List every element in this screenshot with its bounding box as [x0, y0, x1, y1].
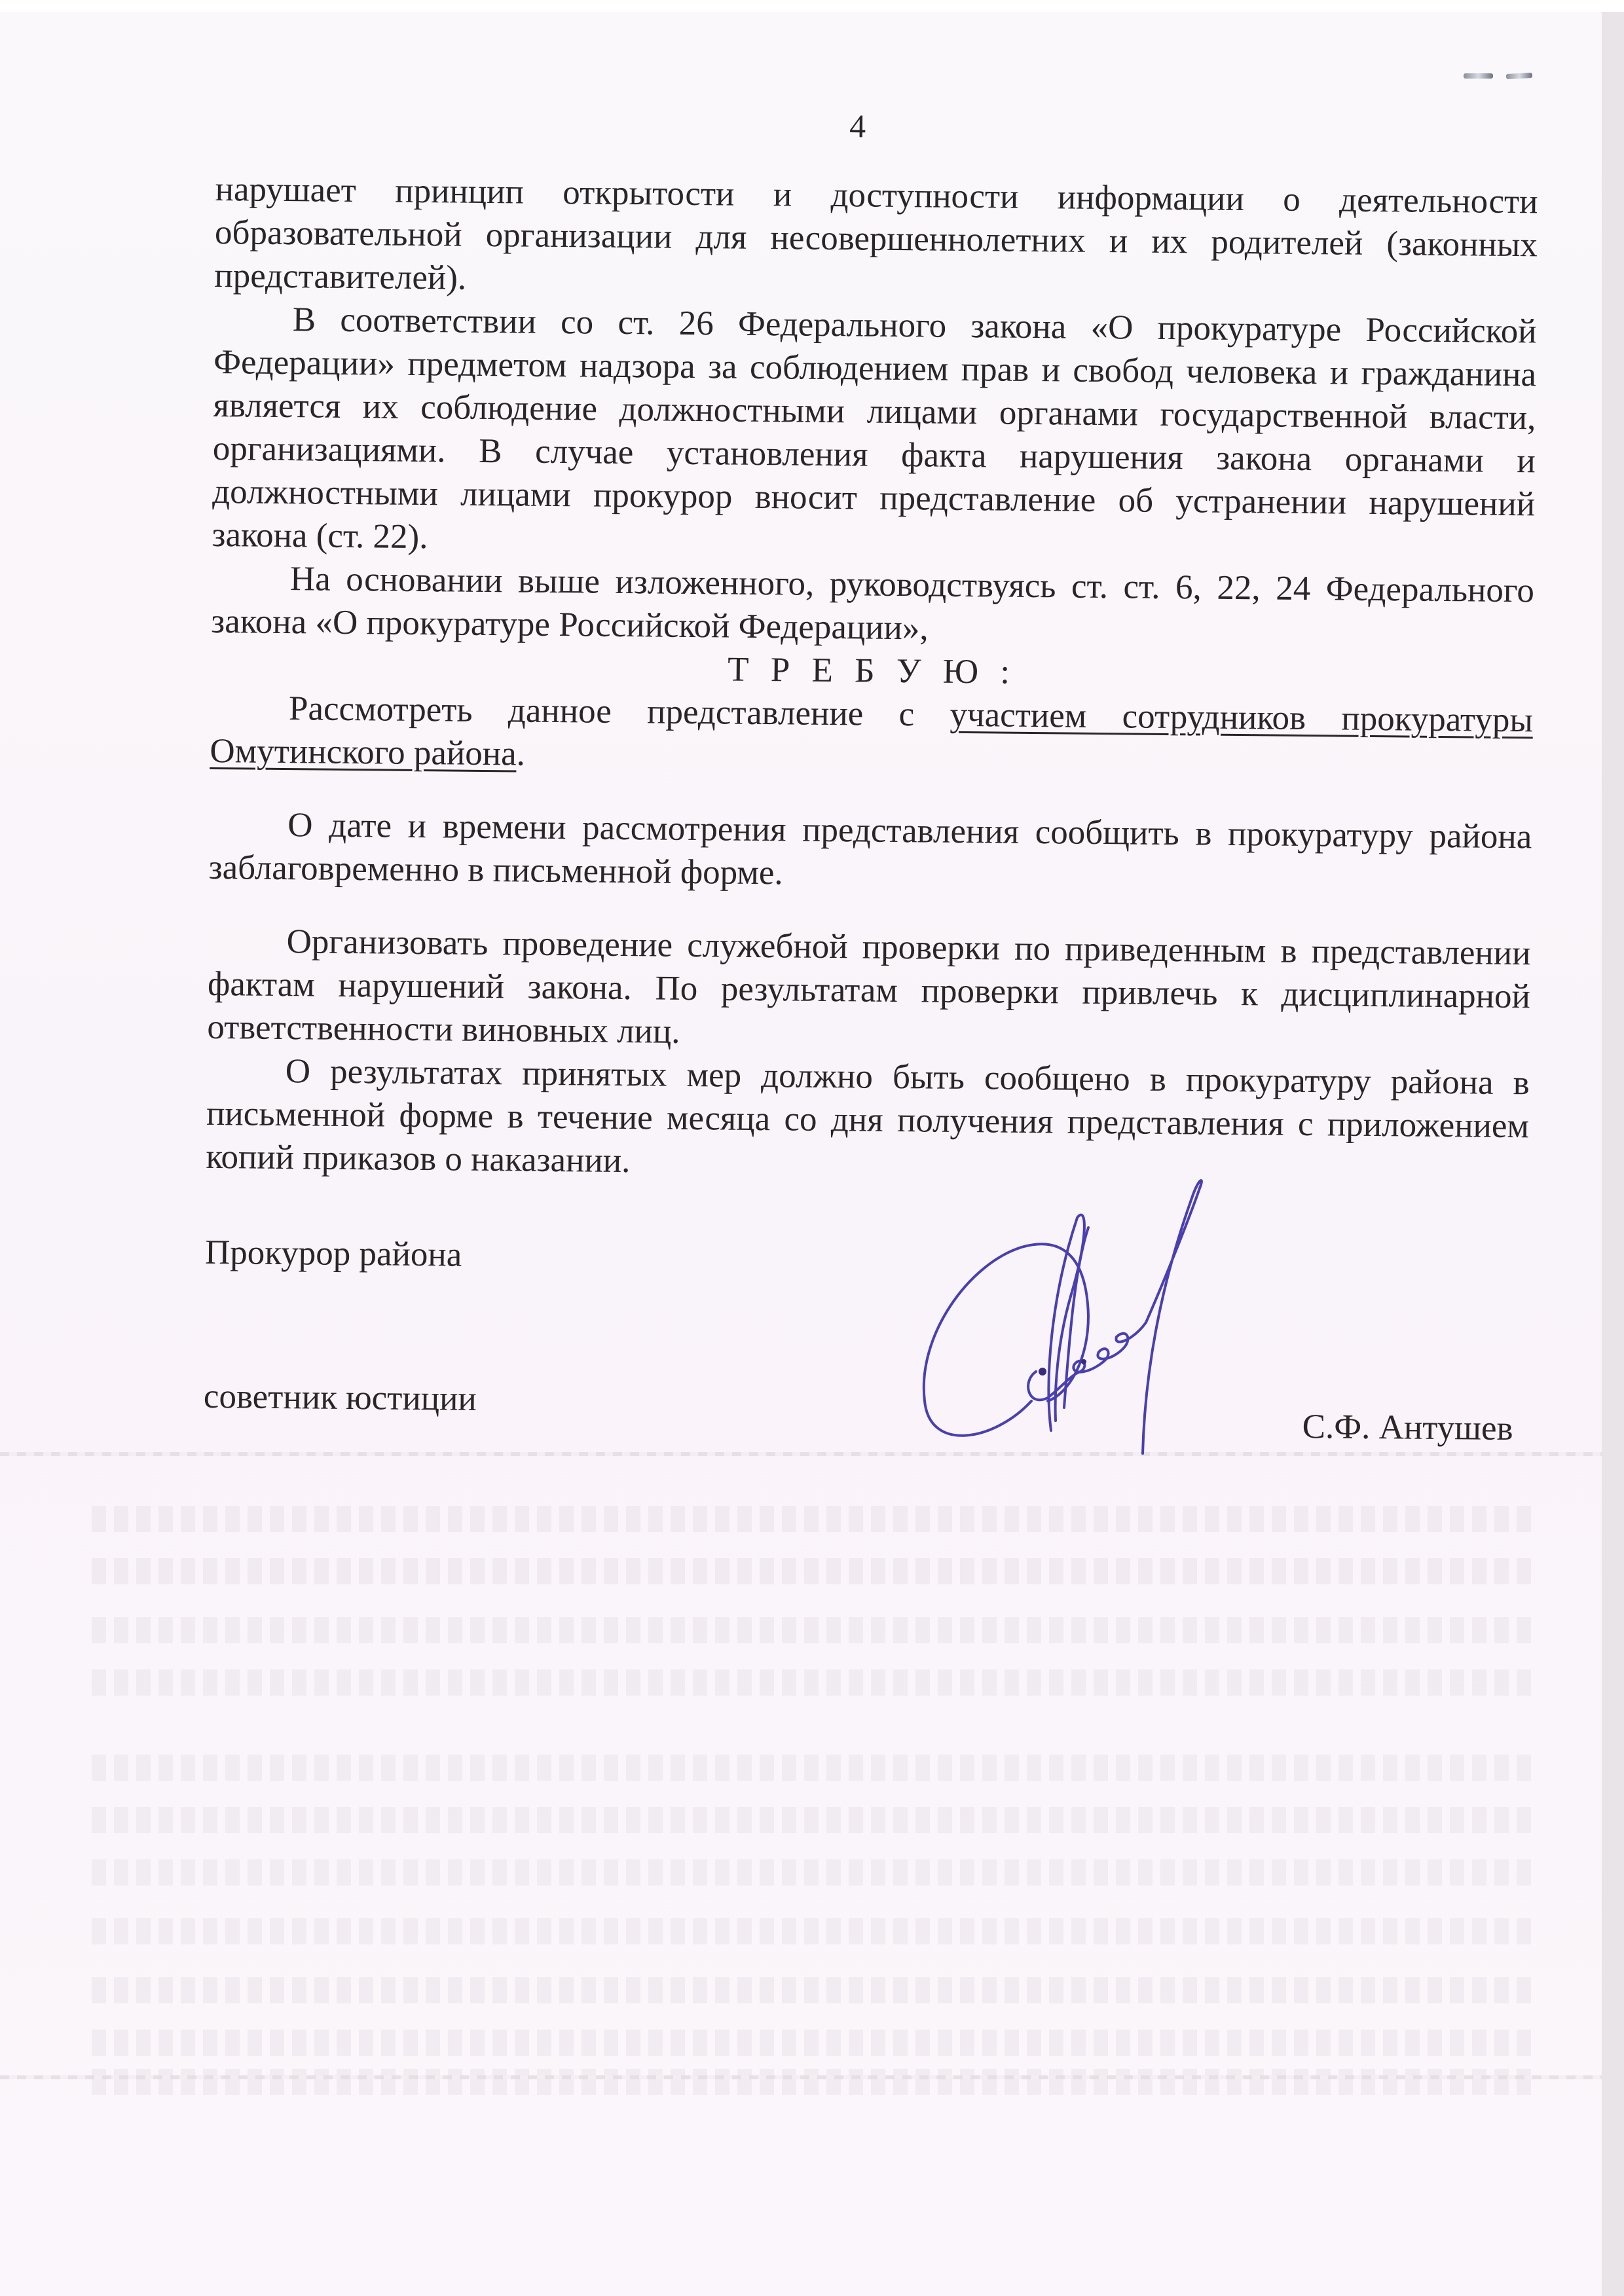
demand-consider-text: Рассмотреть данное представление с [289, 689, 950, 734]
bleed-through-line [92, 1859, 1532, 1886]
document-body: 4 нарушает принцип открытости и доступно… [203, 98, 1539, 1466]
bleed-through-line [92, 1918, 1532, 1944]
paragraph-article-26: В соответствии со ст. 26 Федерального за… [212, 297, 1537, 569]
signature-block: Прокурор района советник юстиции С.Ф. Ан… [203, 1178, 1528, 1466]
bleed-through-line [92, 1755, 1532, 1781]
signer-name: С.Ф. Антушев [1302, 1405, 1513, 1450]
bleed-through-line [92, 1669, 1532, 1696]
bleed-through-line [92, 1558, 1532, 1584]
bleed-through-line [92, 1977, 1532, 2003]
bleed-through-line [92, 2069, 1532, 2095]
demand-report-results: О результатах принятых мер должно быть с… [206, 1049, 1530, 1191]
scan-edge-shadow [1602, 12, 1624, 2296]
paragraph-continuation: нарушает принцип открытости и доступност… [214, 168, 1538, 310]
bleed-through-line [92, 2030, 1532, 2056]
demand-notify-date: О дате и времени рассмотрения представле… [208, 803, 1532, 902]
signer-position: Прокурор района [205, 1231, 462, 1277]
demand-internal-check: Организовать проведение служебной провер… [207, 919, 1531, 1061]
signer-rank: советник юстиции [204, 1375, 477, 1421]
demand-consider: Рассмотреть данное представление с участ… [210, 686, 1533, 785]
bleed-through-line [92, 1807, 1532, 1833]
demand-consider-end: . [516, 735, 525, 773]
bleed-through-line [92, 1506, 1532, 1532]
staple-left [1464, 73, 1493, 79]
handwritten-signature [917, 1165, 1257, 1467]
bleed-through-line [92, 1617, 1532, 1643]
scan-top-margin [0, 0, 1624, 12]
paragraph-basis: На основании выше изложенного, руководст… [211, 556, 1534, 655]
fold-line [0, 2075, 1602, 2079]
